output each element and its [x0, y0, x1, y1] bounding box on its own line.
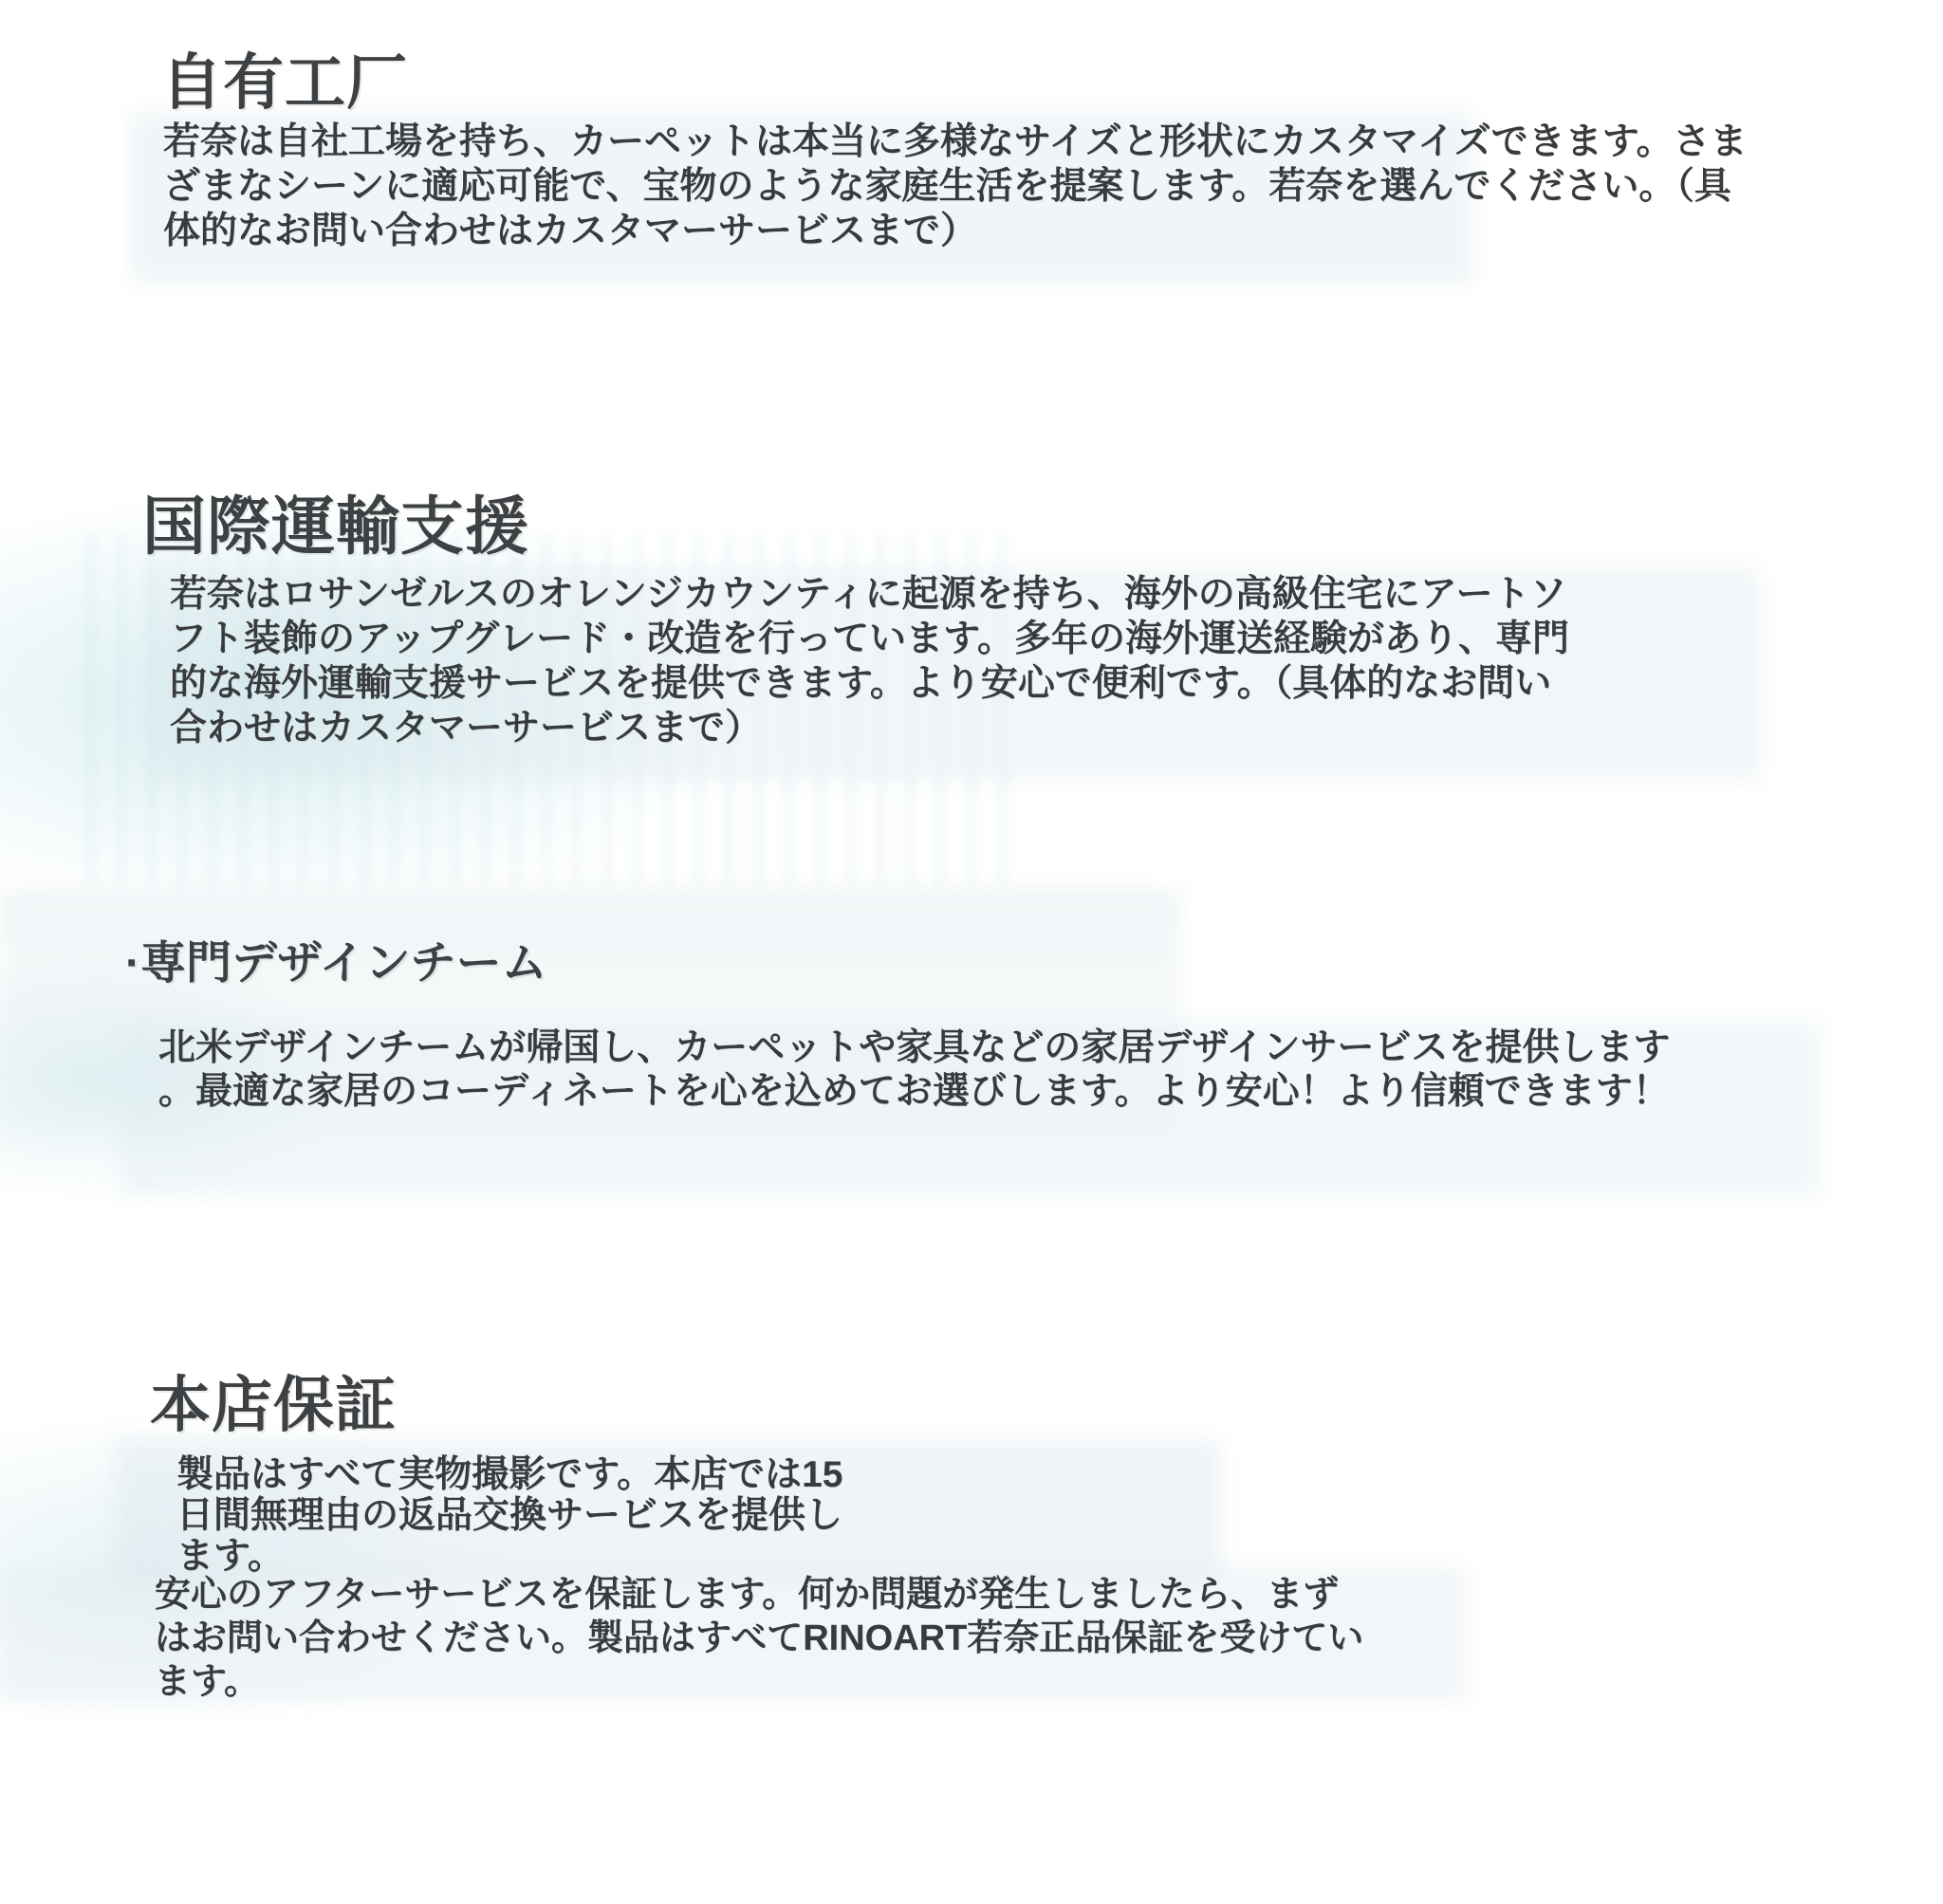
- store-guarantee-paragraph-primary: 製品はすべて実物撮影です。本店では15 日間無理由の返品交換サービスを提供し ま…: [176, 1454, 842, 1577]
- product-description-page: 自有工厂 若奈は自社工場を持ち、カーペットは本当に多様なサイズと形状にカスタマイ…: [0, 0, 1943, 1904]
- store-guarantee-paragraph-secondary: 安心のアフターサービスを保証します。何か問題が発生しましたら、まず はお問い合わ…: [155, 1573, 1363, 1704]
- section-heading-own-factory: 自有工厂: [161, 34, 408, 121]
- international-shipping-paragraph: 若奈はロサンゼルスのオレンジカウンティに起源を持ち、海外の高級住宅にアートソ フ…: [170, 572, 1569, 750]
- section-heading-design-team: ·専門デザインチーム: [125, 926, 547, 991]
- own-factory-paragraph: 若奈は自社工場を持ち、カーペットは本当に多様なサイズと形状にカスタマイズできます…: [163, 120, 1748, 253]
- section-heading-international-shipping: 国際運輸支援: [142, 476, 529, 567]
- section-heading-store-guarantee: 本店保証: [150, 1357, 397, 1444]
- design-team-paragraph: 北米デザインチームが帰国し、カーペットや家具などの家居デザインサービスを提供しま…: [158, 1026, 1671, 1114]
